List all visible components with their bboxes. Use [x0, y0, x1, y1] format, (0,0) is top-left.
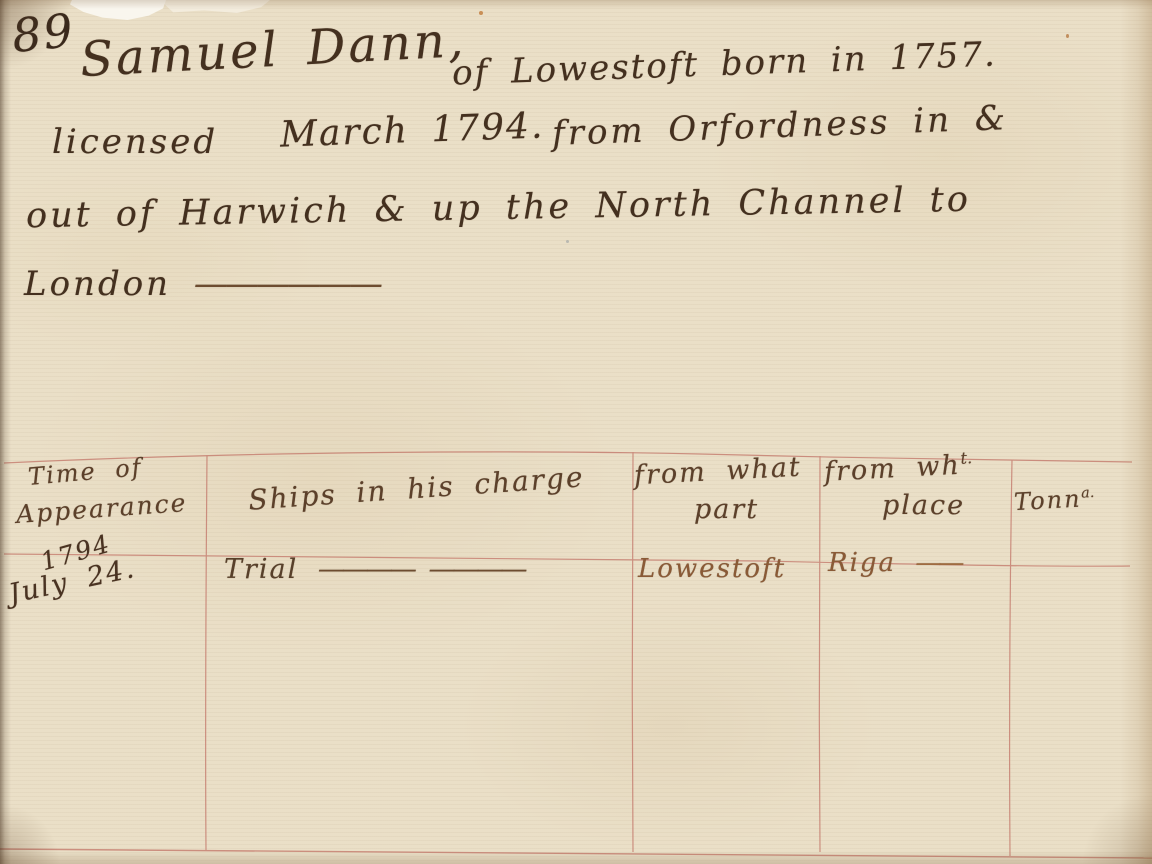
column-header-from-what-place-line2: place — [882, 490, 965, 521]
column-header-part: part — [694, 494, 759, 525]
licensed-label: licensed — [52, 122, 218, 162]
superscript-t: t. — [960, 448, 973, 468]
entry-line4: London —————— — [24, 264, 380, 304]
manuscript-page: 89 Samuel Dann, of Lowestoft born in 175… — [0, 0, 1152, 864]
from-what-part-value: Lowestoft — [638, 554, 786, 584]
entry-line4-text: London — [24, 264, 171, 304]
superscript-a: a. — [1081, 485, 1095, 502]
ink-speck — [1066, 34, 1069, 38]
column-header-tonnage: Tonna. — [1013, 484, 1095, 516]
riga-dash: —— — [915, 548, 961, 578]
ink-speck — [566, 240, 569, 243]
from-what-place-value: Riga —— — [828, 548, 961, 578]
flourish-dash: —————— — [194, 264, 380, 304]
page-number: 89 — [9, 3, 77, 63]
ship-name: Trial ———— ———— — [224, 554, 524, 585]
ink-speck — [479, 11, 483, 15]
ship-dash: ———— ———— — [318, 554, 525, 585]
